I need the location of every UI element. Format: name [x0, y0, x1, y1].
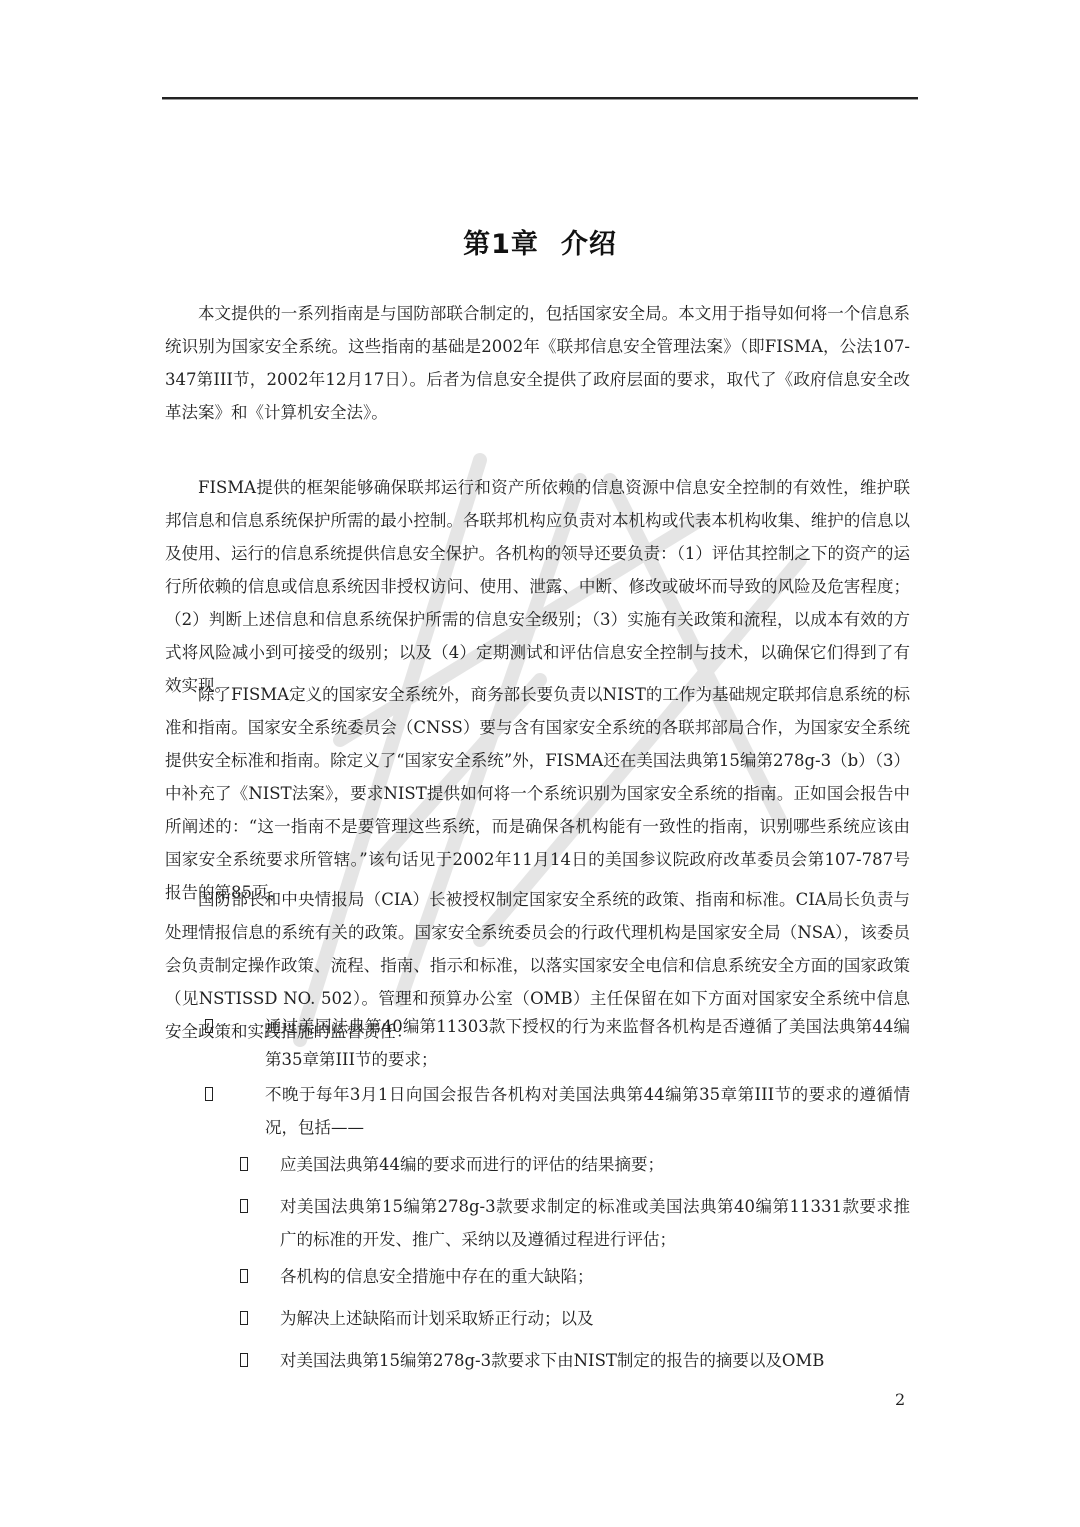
chapter-number: 第1章 [463, 229, 539, 260]
sub-bullet-item: 各机构的信息安全措施中存在的重大缺陷； [240, 1260, 910, 1293]
paragraph-2: FISMA提供的框架能够确保联邦运行和资产所依赖的信息资源中信息安全控制的有效性… [165, 471, 910, 702]
sub-bullet-text: 对美国法典第15编第278g-3款要求制定的标准或美国法典第40编第11331款… [280, 1190, 910, 1256]
sub-bullet-text: 对美国法典第15编第278g-3款要求下由NIST制定的报告的摘要以及OMB [280, 1344, 910, 1377]
paragraph-3: 除了FISMA定义的国家安全系统外，商务部长要负责以NIST的工作为基础规定联邦… [165, 678, 910, 909]
page-number: 2 [895, 1390, 905, 1409]
sub-bullet-text: 为解决上述缺陷而计划采取矫正行动；以及 [280, 1302, 910, 1335]
sub-bullet-item: 对美国法典第15编第278g-3款要求下由NIST制定的报告的摘要以及OMB [240, 1344, 910, 1377]
bullet-square-icon [240, 1311, 248, 1325]
chapter-name: 介绍 [561, 229, 617, 260]
bullet-square-icon [240, 1269, 248, 1283]
bullet-square-icon [240, 1157, 248, 1171]
chapter-title: 第1章介绍 [0, 222, 1080, 261]
bullet-square-icon [240, 1353, 248, 1367]
bullet-text: 通过美国法典第40编第11303款下授权的行为来监督各机构是否遵循了美国法典第4… [265, 1010, 910, 1076]
bullet-square-icon [205, 1087, 213, 1101]
sub-bullet-item: 对美国法典第15编第278g-3款要求制定的标准或美国法典第40编第11331款… [240, 1190, 910, 1256]
paragraph-1: 本文提供的一系列指南是与国防部联合制定的，包括国家安全局。本文用于指导如何将一个… [165, 297, 910, 429]
sub-bullet-text: 应美国法典第44编的要求而进行的评估的结果摘要； [280, 1148, 910, 1181]
bullet-square-icon [240, 1199, 248, 1213]
bullet-item: 通过美国法典第40编第11303款下授权的行为来监督各机构是否遵循了美国法典第4… [205, 1010, 910, 1076]
bullet-square-icon [205, 1019, 213, 1033]
sub-bullet-item: 为解决上述缺陷而计划采取矫正行动；以及 [240, 1302, 910, 1335]
bullet-item: 不晚于每年3月1日向国会报告各机构对美国法典第44编第35章第III节的要求的遵… [205, 1078, 910, 1144]
sub-bullet-text: 各机构的信息安全措施中存在的重大缺陷； [280, 1260, 910, 1293]
sub-bullet-item: 应美国法典第44编的要求而进行的评估的结果摘要； [240, 1148, 910, 1181]
header-rule [162, 97, 918, 99]
bullet-text: 不晚于每年3月1日向国会报告各机构对美国法典第44编第35章第III节的要求的遵… [265, 1078, 910, 1144]
